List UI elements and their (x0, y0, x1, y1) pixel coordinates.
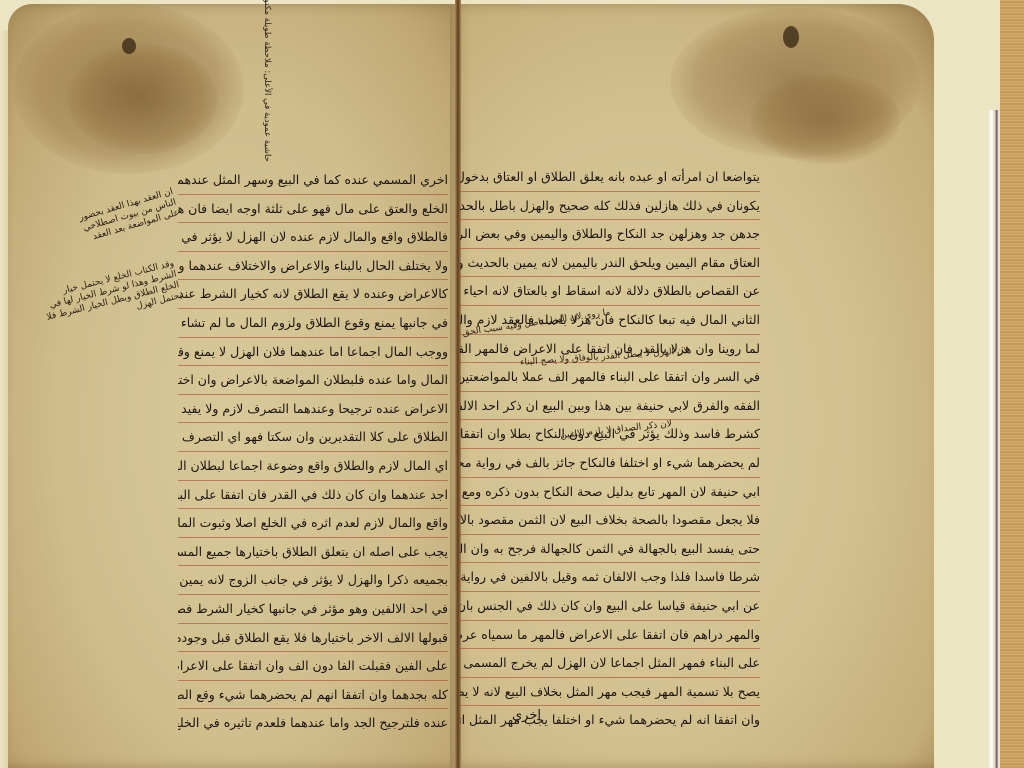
ink-blot (122, 38, 136, 54)
text-line: ابي حنيفة لان المهر تابع بدليل صحة النكا… (460, 478, 760, 507)
text-line: الخلع والعتق على مال فهو على ثلثة اوجه ا… (178, 195, 448, 224)
text-line: في جانبها يمنع وقوع الطلاق ولزوم المال م… (178, 309, 448, 338)
text-line: لم يحضرهما شيء او اختلفا فالنكاح جائز با… (460, 449, 760, 478)
text-line: عن القصاص بالطلاق دلالة لانه اسقاط او با… (460, 277, 760, 306)
text-line: الطلاق على كلا التقديرين وان سكتا فهو اي… (178, 423, 448, 452)
left-page-main-text: اخري المسمي عنده كما في البيع وسهر المثل… (178, 166, 448, 738)
right-page-main-text: يتواضعا ان امرأته او عبده بانه يعلق الطل… (460, 163, 760, 735)
text-line: يصح بلا تسمية المهر فيجب مهر المثل بخلاف… (460, 678, 760, 707)
text-line: المال واما عنده فلبطلان المواضعة بالاعرا… (178, 366, 448, 395)
text-line: اخري المسمي عنده كما في البيع وسهر المثل… (178, 166, 448, 195)
text-line: بجميعه ذكرا والهزل لا يؤثر في جانب الزوج… (178, 566, 448, 595)
text-line: حتى يفسد البيع بالجهالة في الثمن كالجهال… (460, 535, 760, 564)
water-stain (68, 44, 218, 154)
text-line: جدهن جد وهزلهن جد النكاح والطلاق واليمين… (460, 220, 760, 249)
text-line: شرطا فاسدا فلذا وجب الالفان ثمه وقيل بال… (460, 563, 760, 592)
text-line: على البناء فمهر المثل اجماعا لان الهزل ل… (460, 649, 760, 678)
text-line: قبولها الالف الاخر باختيارها فلا يقع الط… (178, 624, 448, 653)
catchword: اخري (512, 708, 541, 723)
text-line: واقع والمال لازم لعدم اثره في الخلع اصلا… (178, 509, 448, 538)
ink-blot (783, 26, 799, 48)
text-line: الاعراض عنده ترجيحا وعندهما التصرف لازم … (178, 395, 448, 424)
text-line: اي المال لازم والطلاق واقع وضوعة اجماعا … (178, 452, 448, 481)
text-line: وان اتفقا انه لم يحضرهما شيء او اختلفا ي… (460, 706, 760, 735)
text-line: ولا يختلف الحال بالبناء والاعراض والاختل… (178, 252, 448, 281)
text-line: فالطلاق واقع والمال لازم عنده لان الهزل … (178, 223, 448, 252)
text-line: الفقه والفرق لابي حنيفة بين هذا وبين الب… (460, 392, 760, 421)
text-line: كالاعراض وعنده لا يقع الطلاق لانه كخيار … (178, 280, 448, 309)
backing-sheet-edge (988, 110, 998, 768)
text-line: يجب على اصله ان يتعلق الطلاق باختيارها ج… (178, 538, 448, 567)
text-line: العتاق مقام اليمين ويلحق الندر باليمين ل… (460, 249, 760, 278)
text-line: ووجب المال اجماعا اما عندهما فلان الهزل … (178, 338, 448, 367)
text-line: اجد عندهما وان كان ذلك في القدر فان اتفق… (178, 481, 448, 510)
text-line: على الفين فقبلت الفا دون الف وان اتفقا ع… (178, 652, 448, 681)
margin-note-text: حاشية عمودية في الأعلى: ملاحظة طويلة مكت… (262, 0, 272, 162)
text-line: عنده فلترجيح الجد واما عندهما فلعدم تاثي… (178, 709, 448, 738)
text-line: يكونان في ذلك هازلين فذلك كله صحيح والهز… (460, 192, 760, 221)
text-line: في احد الالفين وهو مؤثر في جانبها كخيار … (178, 595, 448, 624)
text-line: يتواضعا ان امرأته او عبده بانه يعلق الطل… (460, 163, 760, 192)
text-line: عن ابي حنيفة قياسا على البيع وان كان ذلك… (460, 592, 760, 621)
text-line: والمهر دراهم فان اتفقا على الاعراض فالمه… (460, 621, 760, 650)
text-line: فلا يجعل مقصودا بالصحة بخلاف البيع لان ا… (460, 506, 760, 535)
margin-note-vertical: حاشية عمودية في الأعلى: ملاحظة طويلة مكت… (212, 12, 272, 162)
text-line: في السر وان اتفقا على البناء فالمهر الف … (460, 363, 760, 392)
text-line: كله بجدهما وان اتفقا انهم لم يحضرهما شيء… (178, 681, 448, 710)
water-stain (750, 74, 900, 164)
